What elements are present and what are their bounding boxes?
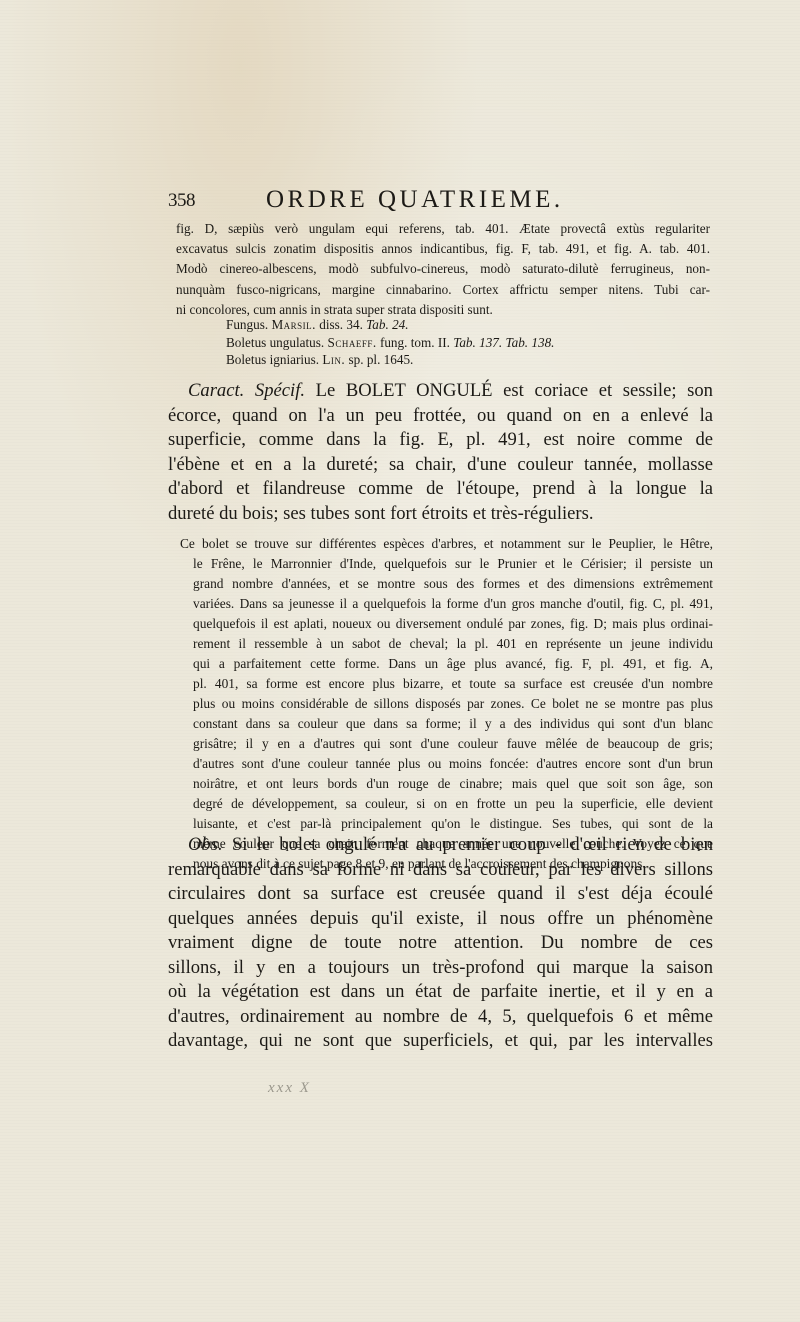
text-run: Le BOLET ONGULÉ est coriace et sessile; … bbox=[316, 380, 713, 401]
text-line: Ce bolet se trouve sur différentes espèc… bbox=[180, 534, 713, 554]
synonym-reference: sp. pl. 1645. bbox=[349, 352, 414, 367]
text-line: grand nombre d'années, et se montre sous… bbox=[193, 574, 713, 594]
synonym-reference: fung. tom. II. bbox=[380, 335, 450, 350]
text-line: plus ou moins considérable de sillons di… bbox=[193, 694, 713, 714]
page-number: 358 bbox=[168, 190, 195, 212]
text-line: d'autres sont d'une couleur tannée plus … bbox=[193, 754, 713, 774]
text-line: luisante, et c'est par-là principalement… bbox=[193, 814, 713, 834]
text-line: fig. D, sæpiùs verò ungulam equi referen… bbox=[176, 219, 710, 239]
section-label: Caract. Spécif. bbox=[188, 380, 305, 401]
section-label: Obs. bbox=[188, 834, 223, 855]
text-line: d'abord et filandreuse comme de l'étoupe… bbox=[168, 477, 713, 502]
synonym-genus: Boletus igniarius. bbox=[226, 352, 319, 367]
text-line: vraiment digne de toute notre attention.… bbox=[168, 931, 713, 956]
text-line: d'autres, ordinairement au nombre de 4, … bbox=[168, 1005, 713, 1030]
text-line: superficie, comme dans la fig. E, pl. 49… bbox=[168, 428, 713, 453]
synonymy-list: Fungus. Marsil. diss. 34. Tab. 24. Bolet… bbox=[226, 315, 706, 368]
text-line: Caract. Spécif. Le BOLET ONGULÉ est cori… bbox=[168, 379, 713, 404]
synonym-entry: Boletus igniarius. Lin. sp. pl. 1645. bbox=[226, 350, 706, 368]
running-head: 358 ORDRE QUATRIEME. bbox=[168, 186, 713, 220]
text-line: quelquefois il est aplati, noueux ou div… bbox=[193, 614, 713, 634]
synonym-entry: Boletus ungulatus. Schaeff. fung. tom. I… bbox=[226, 333, 706, 351]
synonym-author: Lin. bbox=[322, 352, 345, 367]
latin-description: fig. D, sæpiùs verò ungulam equi referen… bbox=[176, 219, 710, 320]
book-page: 358 ORDRE QUATRIEME. fig. D, sæpiùs verò… bbox=[0, 0, 800, 1322]
text-line: rement il ressemble à un sabot de cheval… bbox=[193, 634, 713, 654]
text-line: où la végétation est dans un état de par… bbox=[168, 980, 713, 1005]
descriptive-notes: Ce bolet se trouve sur différentes espèc… bbox=[193, 534, 713, 874]
text-line: circulaires dont sa surface est creusée … bbox=[168, 882, 713, 907]
synonym-genus: Boletus ungulatus. bbox=[226, 335, 324, 350]
synonym-plate: Tab. 24. bbox=[366, 317, 408, 332]
text-run: Si le bolet ongulé n'a au premier coup -… bbox=[232, 834, 713, 855]
text-line: noirâtre, et ont leurs bords d'un rouge … bbox=[193, 774, 713, 794]
text-line: excavatus sulcis zonatim dispositis anno… bbox=[176, 239, 710, 259]
chapter-title: ORDRE QUATRIEME. bbox=[266, 186, 564, 214]
text-line: remarquable dans sa forme ni dans sa cou… bbox=[168, 858, 713, 883]
synonym-entry: Fungus. Marsil. diss. 34. Tab. 24. bbox=[226, 315, 706, 333]
synonym-author: Schaeff. bbox=[327, 335, 376, 350]
text-line: écorce, quand on l'a un peu frottée, ou … bbox=[168, 404, 713, 429]
text-line: variées. Dans sa jeunesse il a quelquefo… bbox=[193, 594, 713, 614]
synonym-author: Marsil. bbox=[271, 317, 316, 332]
text-line: l'ébène et en a la dureté; sa chair, d'u… bbox=[168, 453, 713, 478]
text-line: qui a parfaitement cette forme. Dans un … bbox=[193, 654, 713, 674]
text-line: Obs. Si le bolet ongulé n'a au premier c… bbox=[168, 833, 713, 858]
synonym-plate: Tab. 137. Tab. 138. bbox=[453, 335, 554, 350]
text-line: nunquàm fusco-nigricans, margine cinnaba… bbox=[176, 280, 710, 300]
text-line: Modò cinereo-albescens, modò subfulvo-ci… bbox=[176, 259, 710, 279]
text-line: davantage, qui ne sont que superficiels,… bbox=[168, 1029, 713, 1054]
synonym-genus: Fungus. bbox=[226, 317, 268, 332]
synonym-reference: diss. 34. bbox=[319, 317, 363, 332]
specific-characters: Caract. Spécif. Le BOLET ONGULÉ est cori… bbox=[168, 379, 713, 526]
text-line: constant dans sa couleur que dans sa for… bbox=[193, 714, 713, 734]
signature-mark: xxx X bbox=[268, 1080, 311, 1097]
text-line: grisâtre; il y en a d'autres qui sont d'… bbox=[193, 734, 713, 754]
text-line: pl. 401, sa forme est encore plus bizarr… bbox=[193, 674, 713, 694]
text-line: dureté du bois; ses tubes sont fort étro… bbox=[168, 502, 713, 527]
text-line: sillons, il y en a toujours un très-prof… bbox=[168, 956, 713, 981]
text-line: le Frêne, le Marronnier d'Inde, quelquef… bbox=[193, 554, 713, 574]
text-line: quelques années depuis qu'il existe, il … bbox=[168, 907, 713, 932]
observation: Obs. Si le bolet ongulé n'a au premier c… bbox=[168, 833, 713, 1054]
text-line: degré de développement, sa couleur, si o… bbox=[193, 794, 713, 814]
